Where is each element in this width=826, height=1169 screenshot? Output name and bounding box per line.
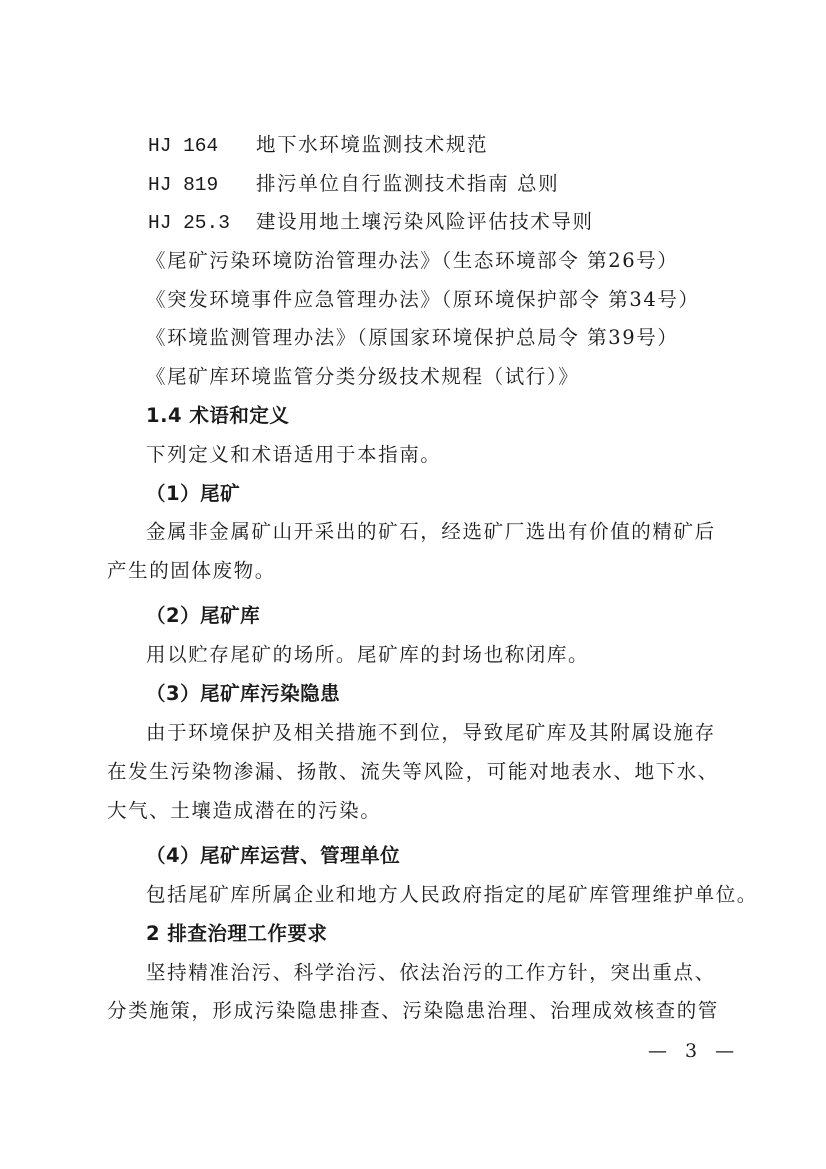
paragraph-line: 大气、土壤造成潜在的污染。 (107, 801, 381, 821)
standard-title: 地下水环境监测技术规范 (256, 133, 488, 156)
standard-item: HJ 164地下水环境监测技术规范 (148, 135, 488, 157)
paragraph: 下列定义和术语适用于本指南。 (146, 445, 441, 465)
standard-title: 建设用地土壤污染风险评估技术导则 (256, 210, 594, 233)
term-heading: （3）尾矿库污染隐患 (146, 684, 340, 704)
term-heading: （2）尾矿库 (146, 606, 260, 626)
standard-item: HJ 25.3建设用地土壤污染风险评估技术导则 (148, 212, 594, 234)
paragraph-line: 产生的固体废物。 (107, 561, 276, 581)
term-heading: （1）尾矿 (146, 484, 240, 504)
paragraph-line: 用以贮存尾矿的场所。尾矿库的封场也称闭库。 (146, 645, 589, 665)
standard-title: 排污单位自行监测技术指南 总则 (256, 172, 559, 195)
paragraph-line: 在发生污染物渗漏、扬散、流失等风险，可能对地表水、地下水、 (107, 762, 719, 782)
regulation-item: 《突发环境事件应急管理办法》（原环境保护部令 第34号） (146, 290, 700, 310)
section-heading: 2 排查治理工作要求 (146, 924, 327, 944)
page-number: — 3 — (648, 1040, 740, 1062)
standard-code: HJ 164 (148, 137, 256, 157)
term-heading: （4）尾矿库运营、管理单位 (146, 846, 400, 866)
standard-item: HJ 819排污单位自行监测技术指南 总则 (148, 174, 559, 196)
paragraph-line: 由于环境保护及相关措施不到位，导致尾矿库及其附属设施存 (146, 723, 716, 743)
section-heading: 1.4 术语和定义 (146, 406, 289, 426)
paragraph-line: 包括尾矿库所属企业和地方人民政府指定的尾矿库管理维护单位。 (146, 885, 758, 905)
paragraph-line: 分类施策，形成污染隐患排查、污染隐患治理、治理成效核查的管 (107, 1001, 719, 1021)
regulation-item: 《尾矿库环境监管分类分级技术规程（试行）》 (146, 367, 579, 387)
paragraph-line: 金属非金属矿山开采出的矿石，经选矿厂选出有价值的精矿后 (146, 522, 716, 542)
standard-code: HJ 25.3 (148, 214, 256, 234)
regulation-item: 《环境监测管理办法》（原国家环境保护总局令 第39号） (146, 328, 678, 348)
standard-code: HJ 819 (148, 176, 256, 196)
regulation-item: 《尾矿污染环境防治管理办法》（生态环境部令 第26号） (146, 251, 678, 271)
paragraph-line: 坚持精准治污、科学治污、依法治污的工作方针，突出重点、 (146, 963, 716, 983)
